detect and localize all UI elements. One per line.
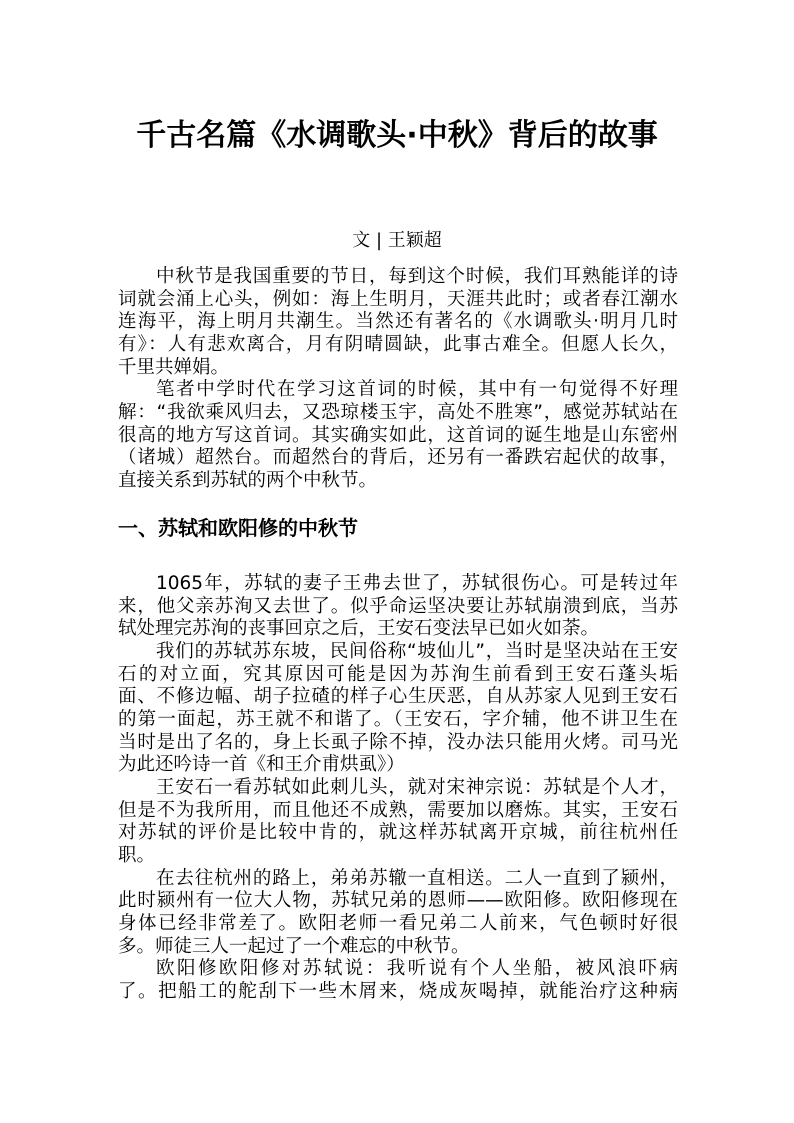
- section-heading: 一、苏轼和欧阳修的中秋节: [118, 515, 358, 541]
- text-line: 在去往杭州的路上，弟弟苏辙一直相送。二人一直到了颍州，: [118, 868, 678, 890]
- text-line: 王安石一看苏轼如此刺儿头，就对宋神宗说：苏轼是个人才，: [118, 777, 678, 799]
- text-line: 中秋节是我国重要的节日，每到这个时候，我们耳熟能详的诗: [118, 266, 678, 288]
- text-line: 石的对立面，究其原因可能是因为苏洵生前看到王安石蓬头垢: [118, 664, 678, 686]
- author-byline: 文 | 王颖超: [0, 229, 794, 253]
- text-line: 职。: [118, 845, 678, 867]
- text-line: 有》：人有悲欢离合，月有阴晴圆缺，此事古难全。但愿人长久，: [118, 334, 678, 356]
- text-line: 我们的苏轼苏东坡，民间俗称“坡仙儿”，当时是坚决站在王安: [118, 641, 678, 663]
- text-line: 但是不为我所用，而且他还不成熟，需要加以磨炼。其实，王安石: [118, 800, 678, 822]
- text-line: 千里共婵娟。: [118, 357, 678, 379]
- document-page: 千古名篇《水调歌头·中秋》背后的故事 文 | 王颖超 中秋节是我国重要的节日，每…: [0, 0, 794, 1123]
- document-title: 千古名篇《水调歌头·中秋》背后的故事: [0, 116, 794, 156]
- text-line: 多。师徒三人一起过了一个难忘的中秋节。: [118, 936, 678, 958]
- text-line: 面、不修边幅、胡子拉碴的样子心生厌恶，自从苏家人见到王安石: [118, 686, 678, 708]
- text-line: 解：“我欲乘风归去，又恐琼楼玉宇，高处不胜寒”，感觉苏轼站在: [118, 402, 678, 424]
- text-line: 轼处理完苏洵的丧事回京之后，王安石变法早已如火如荼。: [118, 618, 678, 640]
- text-line: 了。把船工的舵刮下一些木屑来，烧成灰喝掉，就能治疗这种病: [118, 981, 678, 1003]
- text-line: 笔者中学时代在学习这首词的时候，其中有一句觉得不好理: [118, 379, 678, 401]
- text-line: 对苏轼的评价是比较中肯的，就这样苏轼离开京城，前往杭州任: [118, 822, 678, 844]
- text-line: 当时是出了名的，身上长虱子除不掉，没办法只能用火烤。司马光: [118, 732, 678, 754]
- text-line: 欧阳修欧阳修对苏轼说：我听说有个人坐船，被风浪吓病: [118, 958, 678, 980]
- text-line: 连海平，海上明月共潮生。当然还有著名的《水调歌头·明月几时: [118, 311, 678, 333]
- text-line: 为此还吟诗一首《和王介甫烘虱》）: [118, 754, 678, 776]
- text-line: 词就会涌上心头，例如：海上生明月，天涯共此时；或者春江潮水: [118, 289, 678, 311]
- text-line: 1065年，苏轼的妻子王弗去世了，苏轼很伤心。可是转过年: [118, 573, 678, 595]
- text-line: 身体已经非常差了。欧阳老师一看兄弟二人前来，气色顿时好很: [118, 913, 678, 935]
- text-line: 此时颍州有一位大人物，苏轼兄弟的恩师——欧阳修。欧阳修现在: [118, 890, 678, 912]
- text-line: （诸城）超然台。而超然台的背后，还另有一番跌宕起伏的故事，: [118, 447, 678, 469]
- text-line: 很高的地方写这首词。其实确实如此，这首词的诞生地是山东密州: [118, 425, 678, 447]
- text-line: 直接关系到苏轼的两个中秋节。: [118, 470, 678, 492]
- text-line: 的第一面起，苏王就不和谐了。（王安石，字介辅，他不讲卫生在: [118, 709, 678, 731]
- text-line: 来，他父亲苏洵又去世了。似乎命运坚决要让苏轼崩溃到底，当苏: [118, 596, 678, 618]
